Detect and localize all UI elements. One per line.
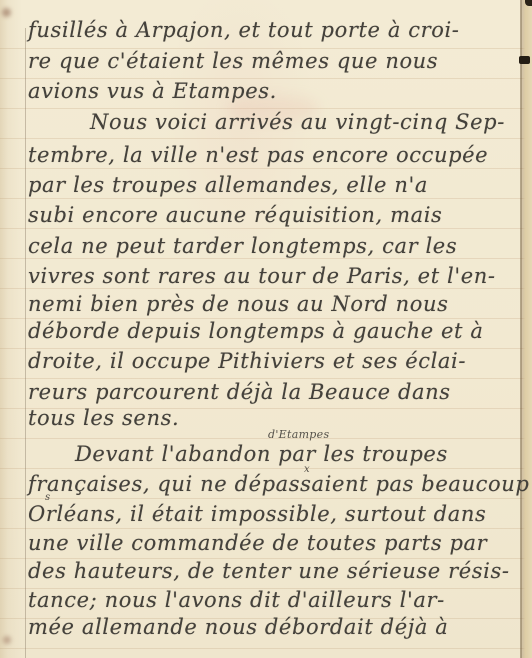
manuscript-line: reurs parcourent déjà la Beauce dans [28,378,522,406]
manuscript-page: fusillés à Arpajon, et tout porte à croi… [0,0,532,658]
manuscript-line: vivres sont rares au tour de Paris, et l… [28,262,522,290]
margin-rule-line [25,28,26,658]
manuscript-line: tance; nous l'avons dit d'ailleurs l'ar- [28,586,522,614]
paper-stain [2,8,11,17]
manuscript-line: mée allemande nous débordait déjà à [28,613,522,641]
manuscript-line: avions vus à Etampes. [28,77,522,105]
manuscript-line: une ville commandée de toutes parts par [28,529,522,557]
correction-mark: x [304,464,310,475]
interlinear-insertion-note: d'Etampes [268,428,329,441]
manuscript-line: Nous voici arrivés au vingt-cinq Sep- [28,108,522,136]
manuscript-line: tembre, la ville n'est pas encore occupé… [28,141,522,169]
manuscript-line: par les troupes allemandes, elle n'a [28,171,522,199]
manuscript-line: re que c'étaient les mêmes que nous [28,47,522,75]
manuscript-line: fusillés à Arpajon, et tout porte à croi… [28,16,522,44]
manuscript-line: droite, il occupe Pithiviers et ses écla… [28,347,522,375]
manuscript-line: nemi bien près de nous au Nord nous [28,290,522,318]
manuscript-line: Orléans, il était impossible, surtout da… [28,500,522,528]
correction-mark: s [45,492,50,503]
manuscript-line: déborde depuis longtemps à gauche et à [28,317,522,345]
manuscript-text-block: fusillés à Arpajon, et tout porte à croi… [28,0,526,658]
manuscript-line: subi encore aucune réquisition, mais [28,201,522,229]
manuscript-line: françaises, qui ne dépassaient pas beauc… [28,470,522,498]
manuscript-line: des hauteurs, de tenter une sérieuse rés… [28,557,522,585]
corner-ink-spot [525,0,532,6]
manuscript-line: cela ne peut tarder longtemps, car les [28,232,522,260]
paper-stain [3,636,11,644]
manuscript-line: Devant l'abandon par les troupes [28,440,522,468]
